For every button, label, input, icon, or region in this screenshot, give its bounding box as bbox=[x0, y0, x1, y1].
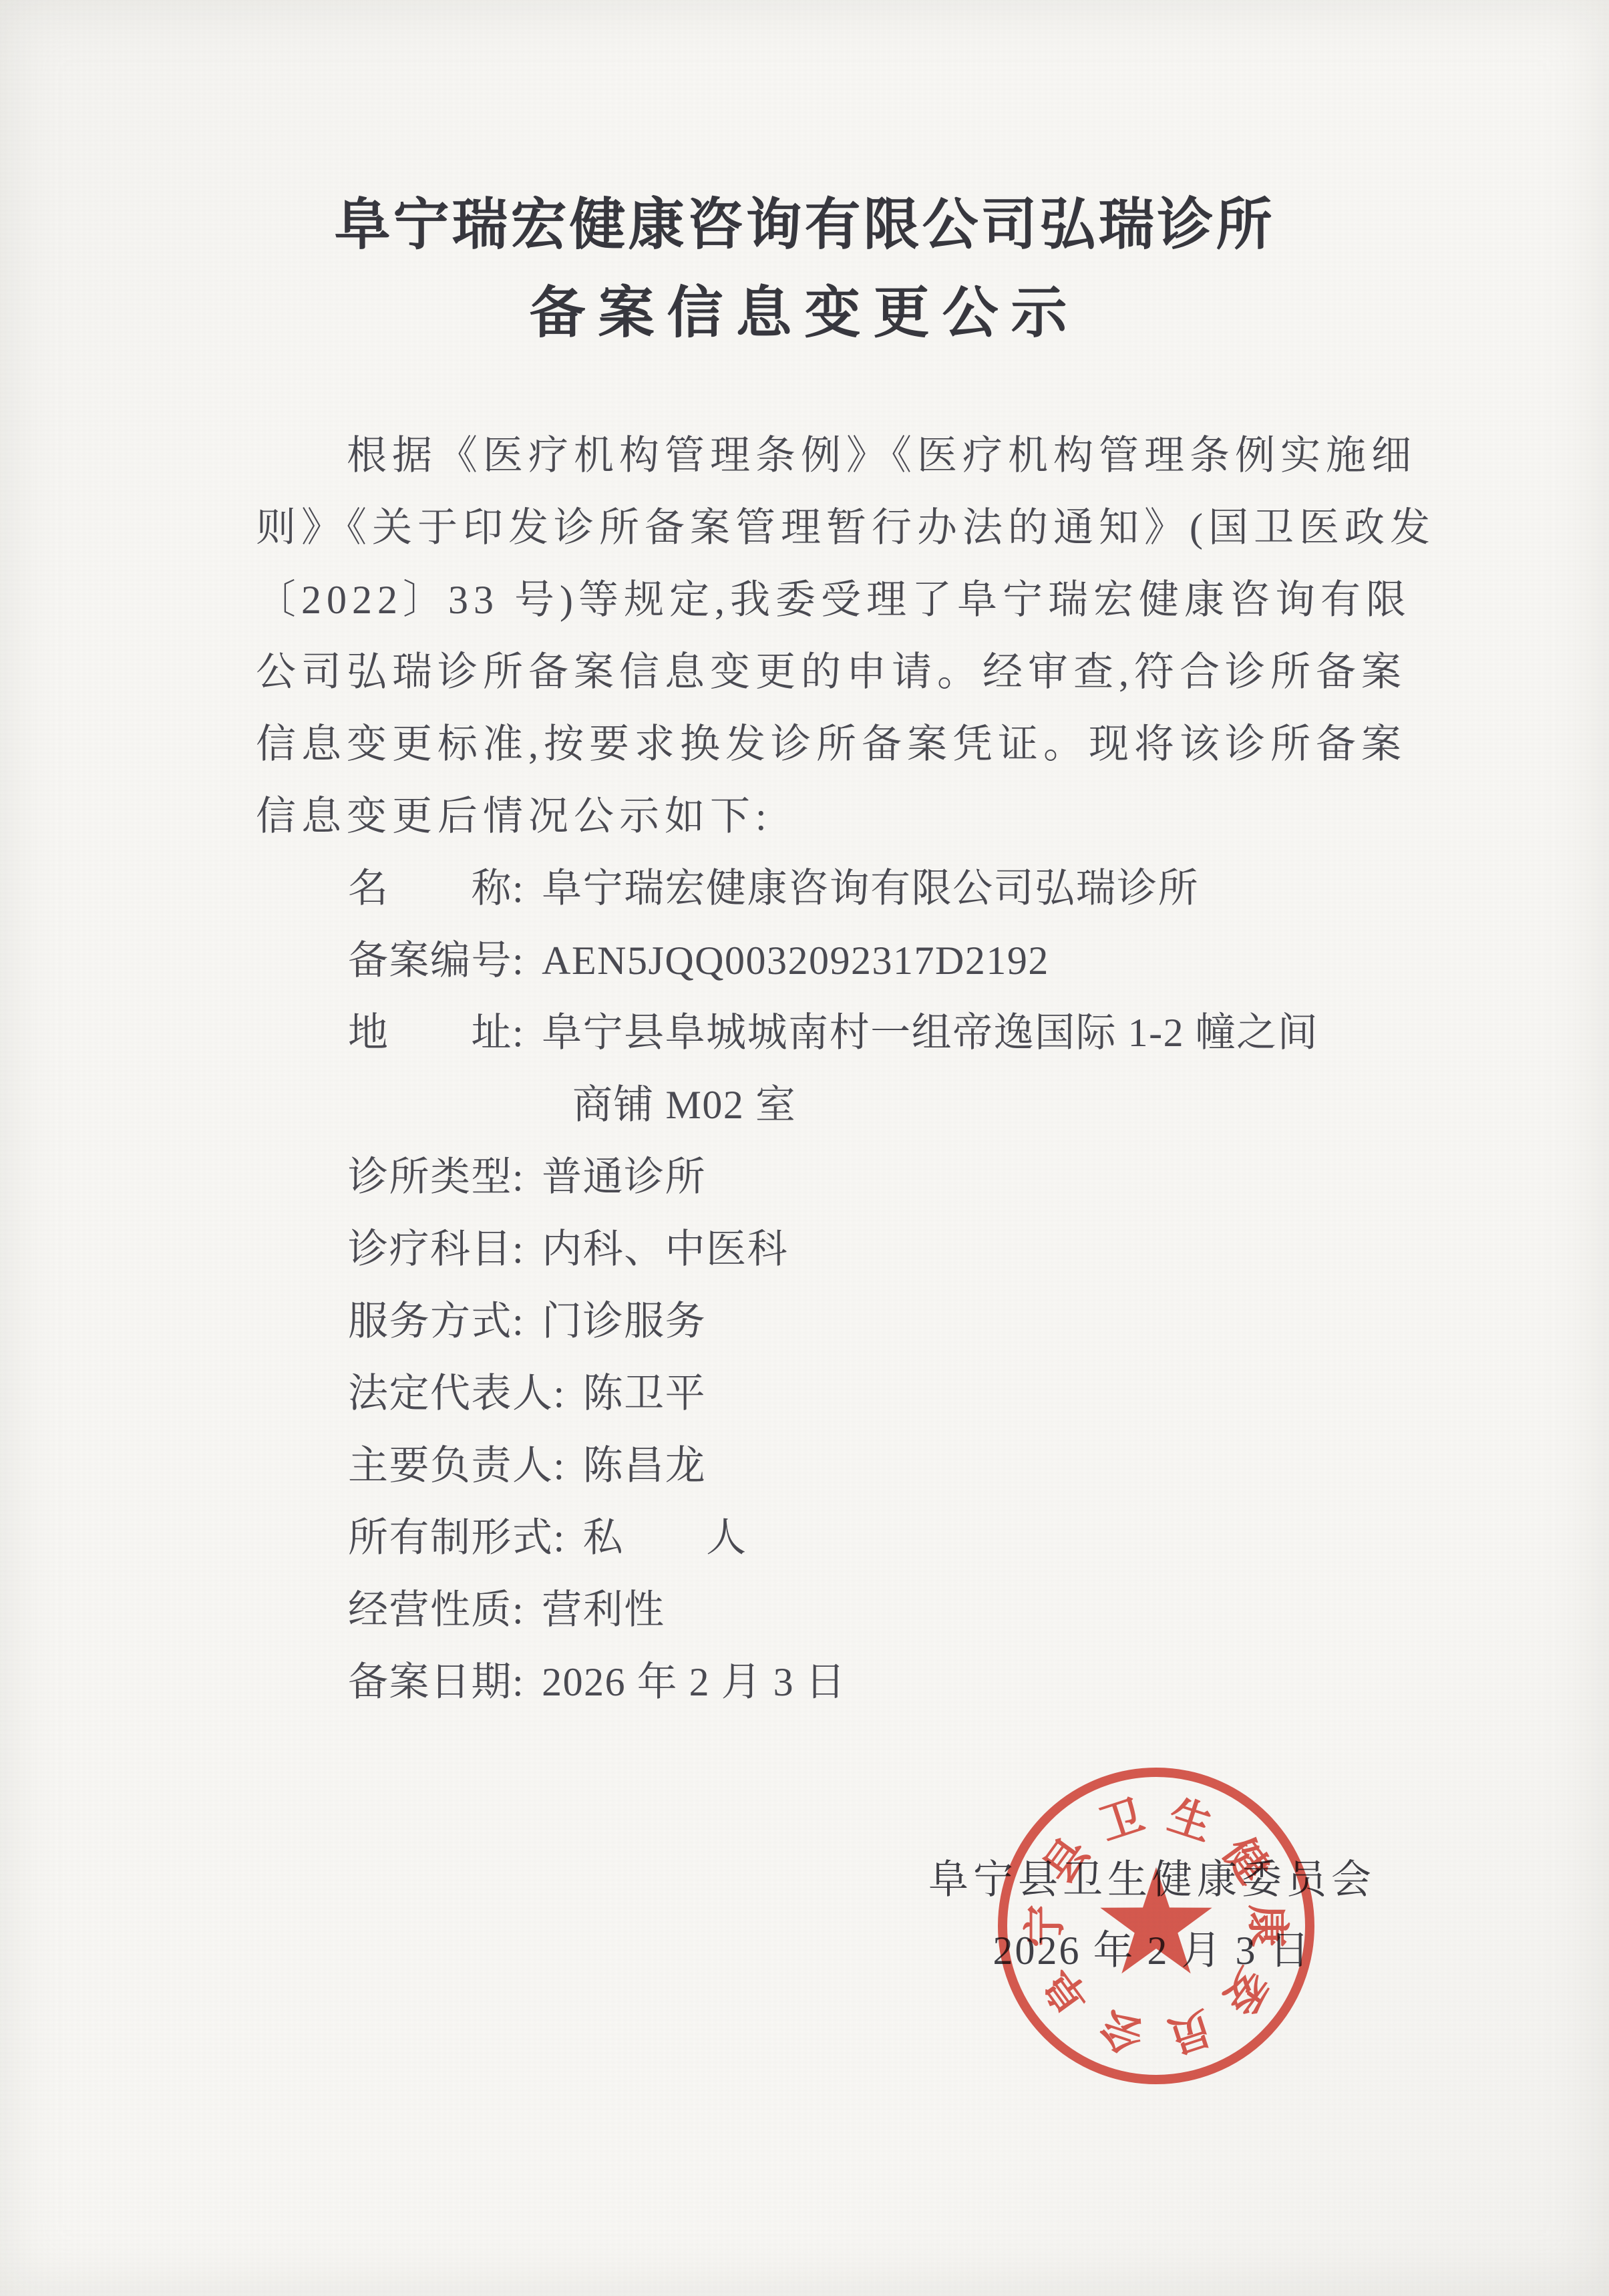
paragraph-line: 〔2022〕33 号)等规定,我委受理了阜宁瑞宏健康咨询有限 bbox=[256, 564, 1395, 636]
field-label: 主要负责人: bbox=[348, 1444, 566, 1488]
field-label: 所有制形式: bbox=[348, 1516, 566, 1560]
field-label: 备案编号: bbox=[348, 939, 524, 983]
field-value: 陈卫平 bbox=[583, 1371, 707, 1416]
field-label: 名 称: bbox=[348, 866, 524, 911]
field-row-address-line2: 商铺 M02 室 bbox=[348, 1069, 1417, 1141]
page-title-line2: 备案信息变更公示 bbox=[0, 270, 1609, 358]
field-row-address: 地 址:阜宁县阜城城南村一组帝逸国际 1-2 幢之间 bbox=[348, 997, 1417, 1069]
field-label: 备案日期: bbox=[348, 1660, 524, 1704]
signature-date: 2026 年 2 月 3 日 bbox=[888, 1923, 1416, 1979]
field-row-service-mode: 服务方式:门诊服务 bbox=[348, 1285, 1417, 1357]
seal-ring-char: 员 bbox=[1159, 2002, 1218, 2062]
field-row-principal: 主要负责人:陈昌龙 bbox=[348, 1430, 1417, 1502]
field-label: 诊所类型: bbox=[348, 1155, 524, 1199]
paragraph-line: 信息变更后情况公示如下: bbox=[256, 780, 1395, 852]
field-row-record-number: 备案编号:AEN5JQQ0032092317D2192 bbox=[348, 925, 1417, 997]
field-value-continuation: 商铺 M02 室 bbox=[572, 1083, 796, 1127]
field-label: 诊疗科目: bbox=[348, 1227, 524, 1271]
signature-organization: 阜宁县卫生健康委员会 bbox=[888, 1852, 1416, 1908]
field-value: 营利性 bbox=[542, 1588, 665, 1632]
field-value: AEN5JQQ0032092317D2192 bbox=[542, 939, 1049, 983]
seal-ring-char: 卫 bbox=[1094, 1791, 1149, 1849]
field-label: 经营性质: bbox=[348, 1588, 524, 1632]
field-row-clinic-type: 诊所类型:普通诊所 bbox=[348, 1141, 1417, 1213]
paragraph-line: 则》《关于印发诊所备案管理暂行办法的通知》(国卫医政发 bbox=[256, 492, 1395, 564]
field-label: 服务方式: bbox=[348, 1299, 524, 1343]
field-label: 地 址: bbox=[348, 1011, 524, 1055]
field-row-legal-representative: 法定代表人:陈卫平 bbox=[348, 1357, 1417, 1430]
field-value: 门诊服务 bbox=[542, 1299, 706, 1343]
field-value: 内科、中医科 bbox=[542, 1227, 788, 1271]
field-row-business-nature: 经营性质:营利性 bbox=[348, 1574, 1417, 1646]
field-value: 普通诊所 bbox=[542, 1155, 706, 1199]
seal-ring-char: 会 bbox=[1094, 2002, 1149, 2060]
field-value: 阜宁县阜城城南村一组帝逸国际 1-2 幢之间 bbox=[542, 1011, 1318, 1055]
field-row-ownership: 所有制形式:私 人 bbox=[348, 1502, 1417, 1574]
field-row-name: 名 称:阜宁瑞宏健康咨询有限公司弘瑞诊所 bbox=[348, 852, 1417, 925]
paragraph-line: 信息变更标准,按要求换发诊所备案凭证。现将该诊所备案 bbox=[256, 708, 1395, 780]
field-value: 2026 年 2 月 3 日 bbox=[542, 1660, 846, 1704]
document-page: 阜宁瑞宏健康咨询有限公司弘瑞诊所 备案信息变更公示 根据《医疗机构管理条例》《医… bbox=[0, 0, 1609, 2296]
field-label: 法定代表人: bbox=[348, 1371, 566, 1416]
field-row-record-date: 备案日期:2026 年 2 月 3 日 bbox=[348, 1646, 1417, 1718]
paragraph-line: 根据《医疗机构管理条例》《医疗机构管理条例实施细 bbox=[256, 420, 1395, 492]
page-title-line1: 阜宁瑞宏健康咨询有限公司弘瑞诊所 bbox=[0, 182, 1609, 270]
registration-fields-list: 名 称:阜宁瑞宏健康咨询有限公司弘瑞诊所 备案编号:AEN5JQQ0032092… bbox=[348, 852, 1417, 1718]
field-value: 陈昌龙 bbox=[583, 1444, 707, 1488]
notice-paragraph: 根据《医疗机构管理条例》《医疗机构管理条例实施细 则》《关于印发诊所备案管理暂行… bbox=[256, 420, 1395, 852]
field-row-medical-departments: 诊疗科目:内科、中医科 bbox=[348, 1213, 1417, 1285]
field-value: 私 人 bbox=[583, 1516, 747, 1560]
page-title: 阜宁瑞宏健康咨询有限公司弘瑞诊所 备案信息变更公示 bbox=[0, 182, 1609, 358]
seal-ring-char: 生 bbox=[1163, 1791, 1218, 1849]
paragraph-line: 公司弘瑞诊所备案信息变更的申请。经审查,符合诊所备案 bbox=[256, 636, 1395, 708]
field-value: 阜宁瑞宏健康咨询有限公司弘瑞诊所 bbox=[542, 866, 1199, 911]
